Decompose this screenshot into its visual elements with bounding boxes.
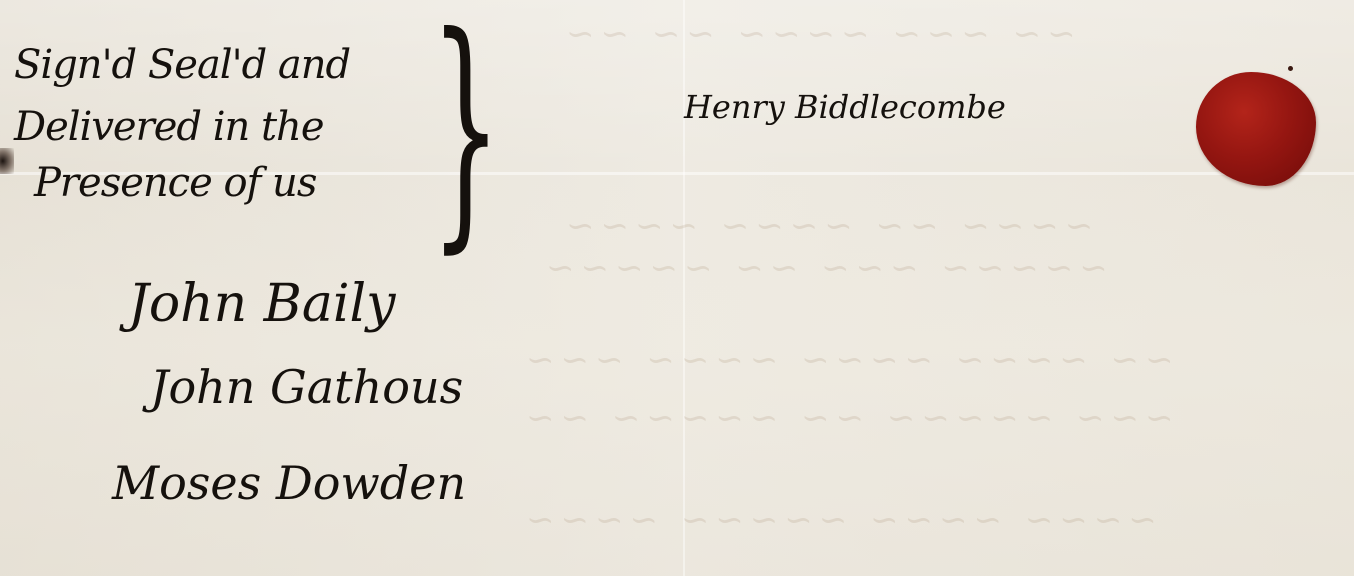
wax-droplet: [1288, 66, 1293, 71]
ink-blot: [0, 148, 14, 174]
attestation-line-2: Delivered in the: [14, 104, 324, 150]
bleed-through-text: ~~~ ~~~~~ ~~ ~~~~~ ~~: [520, 398, 1174, 438]
bleed-through-text: ~~~~ ~~ ~~~~ ~~~~: [560, 206, 1093, 246]
vertical-fold-line: [683, 0, 685, 576]
bleed-through-text: ~~~~ ~~~~ ~~~~~ ~~~~: [520, 500, 1157, 540]
bleed-through-text: ~~~~~ ~~~ ~~ ~~~~~: [540, 248, 1108, 288]
witness-signature-2: John Gathous: [150, 360, 463, 414]
attestation-line-1: Sign'd Seal'd and: [14, 42, 350, 88]
bleed-through-text: ~~ ~~~ ~~~~ ~~ ~~: [560, 14, 1076, 54]
curly-brace-icon: }: [430, 4, 502, 254]
principal-signature: Henry Biddlecombe: [684, 88, 1006, 126]
witness-signature-3: Moses Dowden: [112, 456, 466, 510]
wax-seal-icon: [1196, 72, 1316, 186]
attestation-line-3: Presence of us: [34, 160, 316, 206]
bleed-through-text: ~~ ~~~~ ~~~~ ~~~~ ~~~: [520, 340, 1174, 380]
witness-signature-1: John Baily: [128, 274, 396, 334]
